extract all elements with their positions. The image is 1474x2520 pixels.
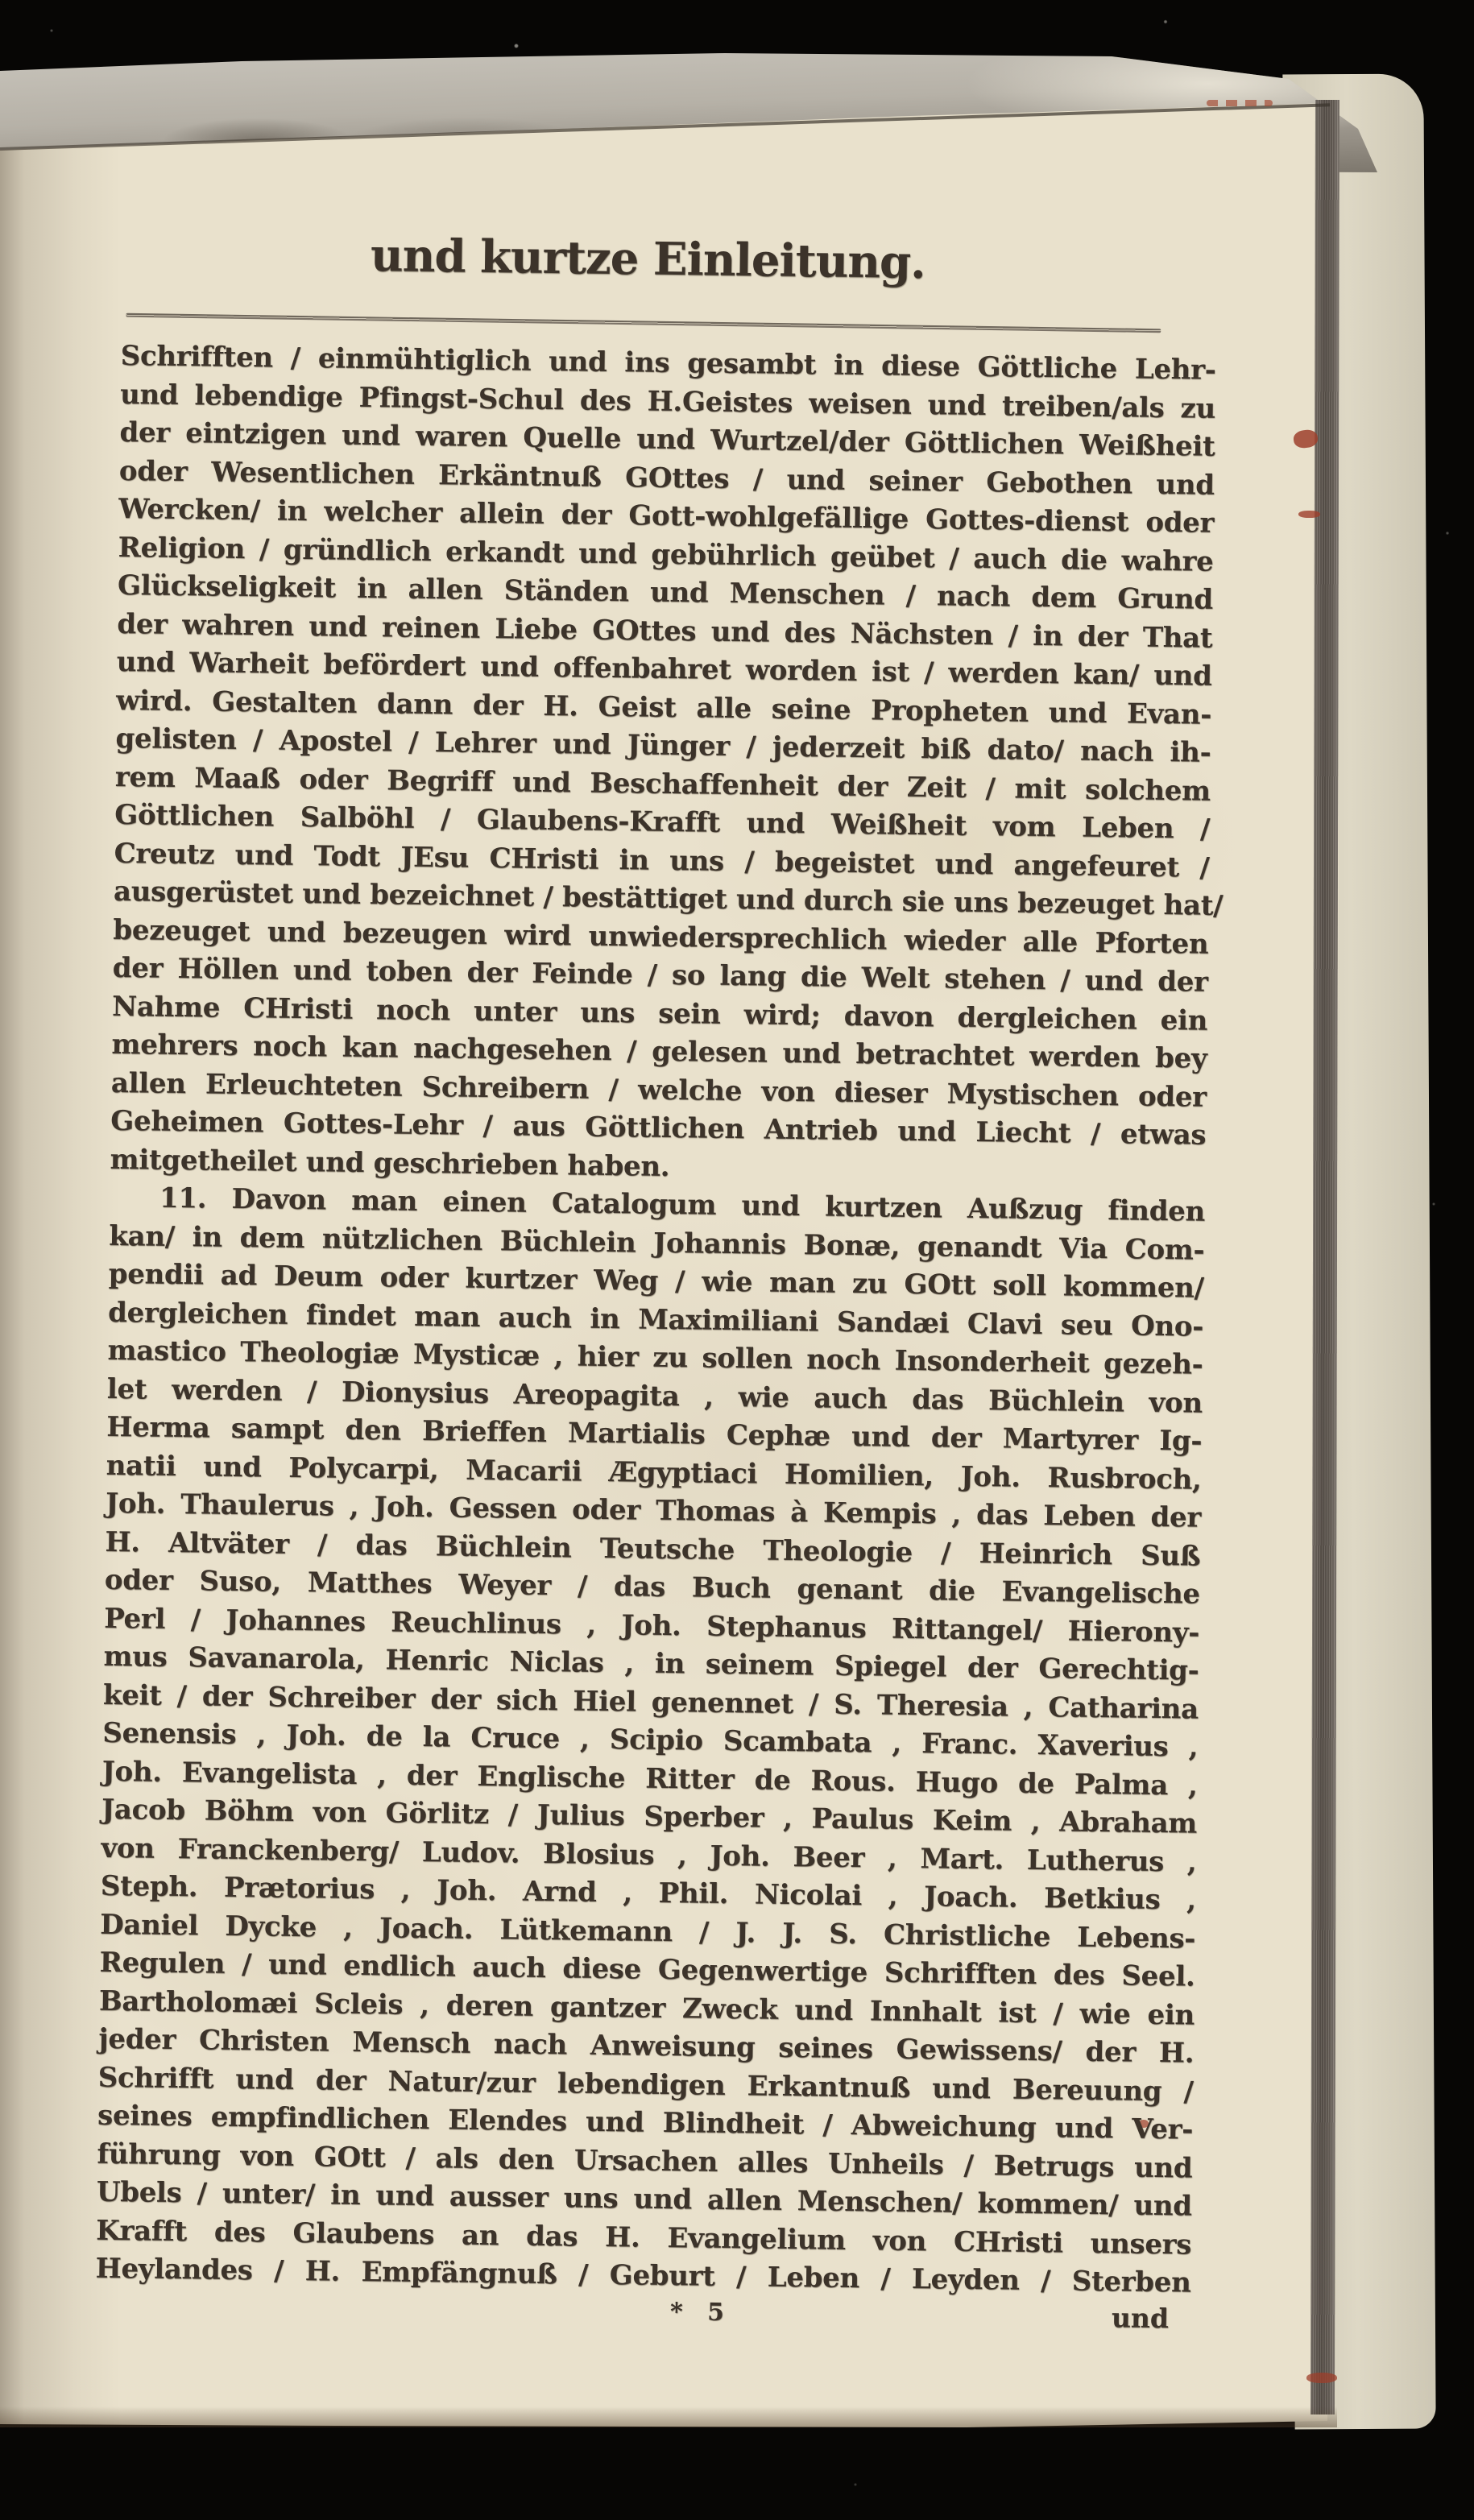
fore-edge-band — [1310, 100, 1339, 2414]
photographed-book-scene: und kurtze Einleitung. Schrifften / einm… — [0, 0, 1474, 2520]
catchword: und — [1112, 2302, 1170, 2334]
signature-mark: * 5 — [670, 2298, 732, 2327]
page-bottom-shadow — [0, 2406, 1337, 2427]
body-text: Schrifften / einmühtiglich und ins gesam… — [95, 337, 1216, 2303]
red-edge-mark — [1306, 2373, 1337, 2383]
red-edge-mark — [1207, 100, 1273, 106]
page-heading: und kurtze Einleitung. — [122, 217, 1174, 300]
red-edge-mark — [1298, 511, 1320, 518]
text-block: und kurtze Einleitung. Schrifften / einm… — [95, 217, 1218, 2340]
heading-rule — [126, 313, 1161, 333]
